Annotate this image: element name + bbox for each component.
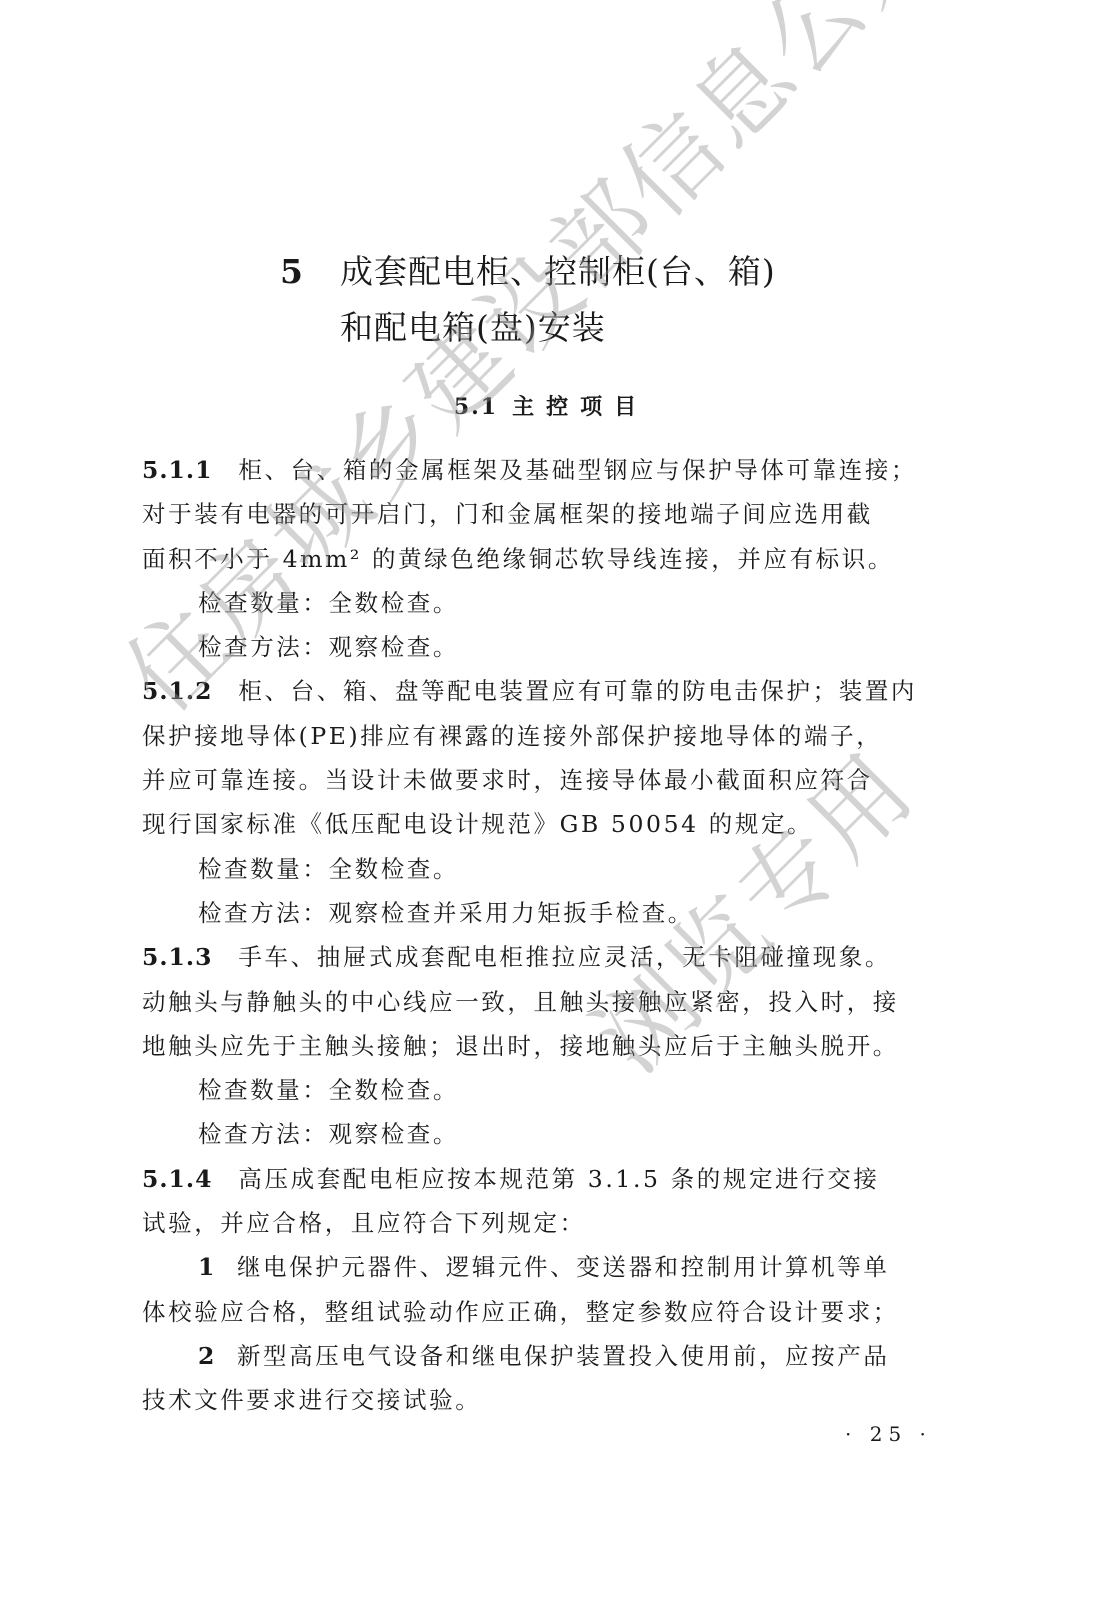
line-text: 试验，并应合格，且应符合下列规定： [142, 1209, 586, 1237]
line-text: 检查方法：观察检查。 [198, 633, 459, 661]
text-line: 现行国家标准《低压配电设计规范》GB 50054 的规定。 [142, 802, 942, 846]
list-item-line: 1继电保护元器件、逻辑元件、变送器和控制用计算机等单 [142, 1245, 942, 1289]
line-text: 检查方法：观察检查。 [198, 1120, 459, 1148]
text-line: 动触头与静触头的中心线应一致，且触头接触应紧密，投入时，接 [142, 980, 942, 1024]
chapter-title-line-1: 5成套配电柜、控制柜(台、箱) [280, 244, 776, 300]
line-text: 柜、台、箱的金属框架及基础型钢应与保护导体可靠连接； [238, 456, 917, 484]
line-text: 继电保护元器件、逻辑元件、变送器和控制用计算机等单 [237, 1253, 890, 1281]
line-text: 现行国家标准《低压配电设计规范》GB 50054 的规定。 [142, 810, 813, 838]
section-heading: 5.1主控项目 [0, 390, 1102, 421]
line-text: 柜、台、箱、盘等配电装置应有可靠的防电击保护；装置内 [238, 677, 917, 705]
document-page: 5成套配电柜、控制柜(台、箱) 和配电箱(盘)安装 5.1主控项目 5.1.1柜… [0, 0, 1102, 1598]
chapter-title: 5成套配电柜、控制柜(台、箱) 和配电箱(盘)安装 [280, 244, 776, 356]
text-line: 体校验应合格，整组试验动作应正确，整定参数应符合设计要求； [142, 1290, 942, 1334]
chapter-number: 5 [280, 244, 340, 300]
line-text: 检查数量：全数检查。 [198, 589, 459, 617]
text-line: 地触头应先于主触头接触；退出时，接地触头应后于主触头脱开。 [142, 1024, 942, 1068]
list-item-line: 2新型高压电气设备和继电保护装置投入使用前，应按产品 [142, 1334, 942, 1378]
line-text: 手车、抽屉式成套配电柜推拉应灵活，无卡阻碰撞现象。 [238, 943, 891, 971]
line-text: 动触头与静触头的中心线应一致，且触头接触应紧密，投入时，接 [142, 988, 899, 1016]
line-text: 技术文件要求进行交接试验。 [142, 1386, 481, 1414]
line-text: 面积不小于 4mm² 的黄绿色绝缘铜芯软导线连接，并应有标识。 [142, 545, 894, 573]
line-text: 并应可靠连接。当设计未做要求时，连接导体最小截面积应符合 [142, 766, 873, 794]
clause-number: 5.1.2 [142, 677, 212, 705]
text-line: 技术文件要求进行交接试验。 [142, 1378, 942, 1422]
line-text: 对于装有电器的可开启门，门和金属框架的接地端子间应选用截 [142, 500, 873, 528]
line-text: 新型高压电气设备和继电保护装置投入使用前，应按产品 [237, 1342, 890, 1370]
line-text: 检查方法：观察检查并采用力矩扳手检查。 [198, 899, 694, 927]
item-number: 1 [198, 1253, 217, 1281]
text-line: 试验，并应合格，且应符合下列规定： [142, 1201, 942, 1245]
line-text: 检查数量：全数检查。 [198, 1076, 459, 1104]
clause-number: 5.1.1 [142, 456, 212, 484]
text-line: 面积不小于 4mm² 的黄绿色绝缘铜芯软导线连接，并应有标识。 [142, 537, 942, 581]
line-text: 地触头应先于主触头接触；退出时，接地触头应后于主触头脱开。 [142, 1032, 899, 1060]
clause-line: 5.1.4高压成套配电柜应按本规范第 3.1.5 条的规定进行交接 [142, 1157, 942, 1201]
body-text: 5.1.1柜、台、箱的金属框架及基础型钢应与保护导体可靠连接；对于装有电器的可开… [142, 448, 942, 1423]
clause-number: 5.1.3 [142, 943, 212, 971]
item-number: 2 [198, 1342, 217, 1370]
clause-number: 5.1.4 [142, 1165, 212, 1193]
check-line: 检查方法：观察检查。 [142, 1112, 942, 1156]
section-title-text: 主控项目 [512, 395, 648, 420]
clause-line: 5.1.3手车、抽屉式成套配电柜推拉应灵活，无卡阻碰撞现象。 [142, 935, 942, 979]
check-line: 检查方法：观察检查并采用力矩扳手检查。 [142, 891, 942, 935]
line-text: 保护接地导体(PE)排应有裸露的连接外部保护接地导体的端子， [142, 722, 882, 750]
line-text: 体校验应合格，整组试验动作应正确，整定参数应符合设计要求； [142, 1298, 899, 1326]
chapter-title-text-1: 成套配电柜、控制柜(台、箱) [340, 252, 776, 291]
chapter-title-line-2: 和配电箱(盘)安装 [280, 300, 776, 356]
check-line: 检查数量：全数检查。 [142, 581, 942, 625]
check-line: 检查数量：全数检查。 [142, 847, 942, 891]
section-number: 5.1 [454, 394, 498, 420]
clause-line: 5.1.1柜、台、箱的金属框架及基础型钢应与保护导体可靠连接； [142, 448, 942, 492]
text-line: 对于装有电器的可开启门，门和金属框架的接地端子间应选用截 [142, 492, 942, 536]
text-line: 保护接地导体(PE)排应有裸露的连接外部保护接地导体的端子， [142, 714, 942, 758]
text-line: 并应可靠连接。当设计未做要求时，连接导体最小截面积应符合 [142, 758, 942, 802]
line-text: 检查数量：全数检查。 [198, 855, 459, 883]
check-line: 检查方法：观察检查。 [142, 625, 942, 669]
page-number: · 25 · [845, 1422, 932, 1446]
line-text: 高压成套配电柜应按本规范第 3.1.5 条的规定进行交接 [238, 1165, 879, 1193]
clause-line: 5.1.2柜、台、箱、盘等配电装置应有可靠的防电击保护；装置内 [142, 669, 942, 713]
check-line: 检查数量：全数检查。 [142, 1068, 942, 1112]
